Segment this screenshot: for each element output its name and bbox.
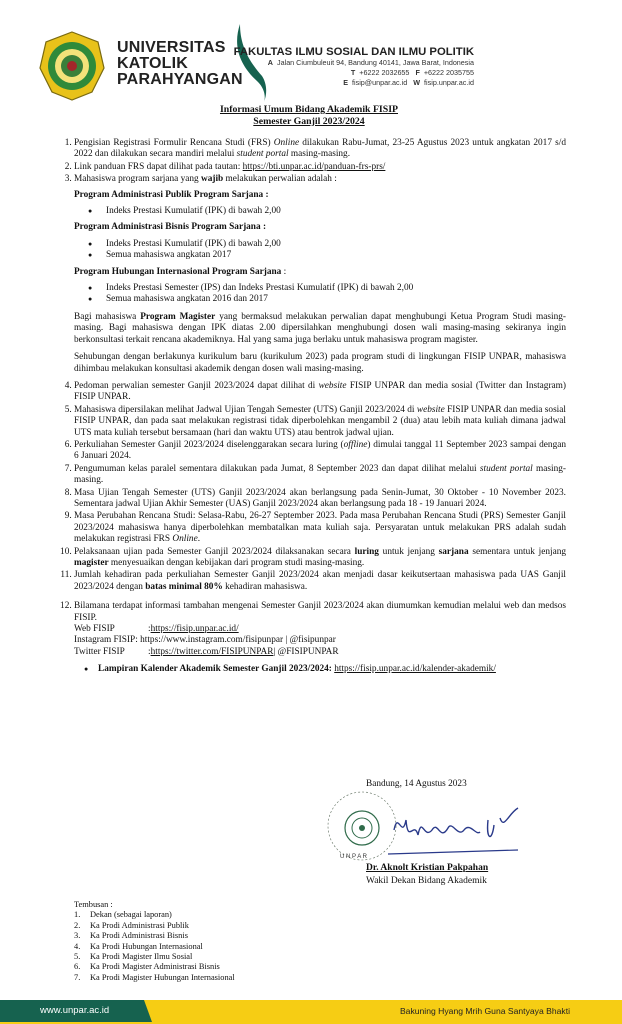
university-line: KATOLIK xyxy=(117,56,243,72)
cc-item-number: 7. xyxy=(74,973,90,983)
program-requirements: Program Administrasi Publik Program Sarj… xyxy=(74,190,566,375)
place-date: Bandung, 14 Agustus 2023 xyxy=(366,778,467,790)
program-title: Program Administrasi Bisnis Program Sarj… xyxy=(74,222,566,233)
text: Pengumuman kelas paralel sementara dilak… xyxy=(74,464,480,474)
document-body: Informasi Umum Bidang Akademik FISIP Sem… xyxy=(52,104,566,677)
university-name: UNIVERSITAS KATOLIK PARAHYANGAN xyxy=(117,40,243,88)
text: Program Hubungan Internasional Program S… xyxy=(74,267,281,277)
list-item: Pedoman perwalian semester Ganjil 2023/2… xyxy=(74,381,566,404)
cc-item-number: 4. xyxy=(74,942,90,952)
text: Online xyxy=(274,138,299,148)
magister-paragraph: Bagi mahasiswa Program Magister yang ber… xyxy=(74,312,566,346)
cc-item-label: Ka Prodi Magister Ilmu Sosial xyxy=(90,952,192,961)
phone-label: T xyxy=(351,68,355,77)
bullet-item: Semua mahasiswa angkatan 2017 xyxy=(94,250,566,261)
title-line-1: Informasi Umum Bidang Akademik FISIP xyxy=(52,104,566,116)
curriculum-paragraph: Sehubungan dengan berlakunya kurikulum b… xyxy=(74,352,566,375)
list-item: Pengumuman kelas paralel sementara dilak… xyxy=(74,464,566,487)
phone-line: T +6222 2032655 F +6222 2035755 xyxy=(234,68,474,78)
university-line: UNIVERSITAS xyxy=(117,40,243,56)
cc-list: Tembusan : 1.Dekan (sebagai laporan)2.Ka… xyxy=(74,900,235,983)
bullet-item: Indeks Prestasi Kumulatif (IPK) di bawah… xyxy=(94,239,566,250)
list-item: Mahasiswa program sarjana yang wajib mel… xyxy=(74,174,566,375)
twitter-row: Twitter FISIP: https://twitter.com/FISIP… xyxy=(74,647,566,658)
calendar-link[interactable]: https://fisip.unpar.ac.id/kalender-akade… xyxy=(334,664,496,674)
address-label: A xyxy=(268,58,273,67)
cc-item: 3.Ka Prodi Administrasi Bisnis xyxy=(74,931,235,941)
program-title: Program Hubungan Internasional Program S… xyxy=(74,267,566,278)
website[interactable]: fisip.unpar.ac.id xyxy=(424,78,474,87)
text: : xyxy=(281,267,286,277)
bullet-item: Indeks Prestasi Semester (IPS) dan Indek… xyxy=(94,283,566,294)
cc-item-label: Ka Prodi Magister Hubungan Internasional xyxy=(90,973,235,982)
text: student portal xyxy=(237,149,289,159)
signer-block: Dr. Aknolt Kristian Pakpahan Wakil Dekan… xyxy=(366,862,488,888)
text: Masa Perubahan Rencana Studi: Selasa-Rab… xyxy=(74,511,566,544)
text: wajib xyxy=(201,174,223,184)
text: Bagi mahasiswa xyxy=(74,312,140,322)
list-item: Link panduan FRS dapat dilihat pada taut… xyxy=(74,162,566,173)
text: offline xyxy=(344,440,368,450)
instagram-text: : https://www.instagram.com/fisipunpar |… xyxy=(135,635,336,646)
list-item: Pelaksanaan ujian pada Semester Ganjil 2… xyxy=(74,547,566,570)
cc-item: 5.Ka Prodi Magister Ilmu Sosial xyxy=(74,952,235,962)
text: Masa Ujian Tengah Semester (UTS) Ganjil … xyxy=(74,488,566,509)
text: . xyxy=(198,534,200,544)
text: website xyxy=(319,381,347,391)
cc-item: 4.Ka Prodi Hubungan Internasional xyxy=(74,942,235,952)
university-line: PARAHYANGAN xyxy=(117,72,243,88)
text: Pengisian Registrasi Formulir Rencana St… xyxy=(74,138,274,148)
link-label: Twitter FISIP xyxy=(74,647,148,658)
cc-item-label: Dekan (sebagai laporan) xyxy=(90,910,172,919)
cc-item-label: Ka Prodi Magister Administrasi Bisnis xyxy=(90,962,220,971)
cc-item-number: 3. xyxy=(74,931,90,941)
email-label: E xyxy=(343,78,348,87)
text: sementara untuk jenjang xyxy=(469,547,566,557)
text: untuk jenjang xyxy=(379,547,439,557)
text: sarjana xyxy=(439,547,469,557)
calendar-attachment: Lampiran Kalender Akademik Semester Ganj… xyxy=(84,664,566,675)
text: Mahasiswa program sarjana yang xyxy=(74,174,201,184)
cc-item-label: Ka Prodi Administrasi Bisnis xyxy=(90,931,188,940)
signer-name: Dr. Aknolt Kristian Pakpahan xyxy=(366,862,488,875)
text: Link panduan FRS dapat dilihat pada taut… xyxy=(74,162,243,172)
cc-item: 6.Ka Prodi Magister Administrasi Bisnis xyxy=(74,962,235,972)
instagram-row: Instagram FISIP: https://www.instagram.c… xyxy=(74,635,566,646)
text: melakukan perwalian adalah : xyxy=(223,174,337,184)
footer-bar: www.unpar.ac.id Bakuning Hyang Mrih Guna… xyxy=(0,1000,622,1024)
cc-item-number: 6. xyxy=(74,962,90,972)
text: luring xyxy=(355,547,379,557)
signer-role: Wakil Dekan Bidang Akademik xyxy=(366,875,488,888)
program-bullets: Indeks Prestasi Kumulatif (IPK) di bawah… xyxy=(74,239,566,262)
cc-item-label: Ka Prodi Administrasi Publik xyxy=(90,921,189,930)
link-label: Web FISIP xyxy=(74,624,148,635)
faculty-title: FAKULTAS ILMU SOSIAL DAN ILMU POLITIK xyxy=(234,46,474,58)
program-title: Program Administrasi Publik Program Sarj… xyxy=(74,190,566,201)
email[interactable]: fisip@unpar.ac.id xyxy=(352,78,407,87)
text: Perkuliahan Semester Ganjil 2023/2024 di… xyxy=(74,440,344,450)
footer-motto: Bakuning Hyang Mrih Guna Santyaya Bhakti xyxy=(400,1000,570,1022)
web-label: W xyxy=(413,78,420,87)
signature-icon xyxy=(388,800,528,860)
phone: +6222 2032655 xyxy=(359,68,409,77)
text: Lampiran Kalender Akademik Semester Ganj… xyxy=(98,664,334,674)
list-item: Perkuliahan Semester Ganjil 2023/2024 di… xyxy=(74,440,566,463)
bullet-item: Semua mahasiswa angkatan 2016 dan 2017 xyxy=(94,294,566,305)
bullet-item: Indeks Prestasi Kumulatif (IPK) di bawah… xyxy=(94,206,566,217)
twitter-link[interactable]: https://twitter.com/FISIPUNPAR xyxy=(151,647,274,658)
program-bullets: Indeks Prestasi Semester (IPS) dan Indek… xyxy=(74,283,566,306)
info-list: Pengisian Registrasi Formulir Rencana St… xyxy=(52,138,566,676)
web-link-row: Web FISIP: https://fisip.unpar.ac.id/ xyxy=(74,624,566,635)
text: student portal xyxy=(480,464,533,474)
text: Pedoman perwalian semester Ganjil 2023/2… xyxy=(74,381,319,391)
address-line: A Jalan Ciumbuleuit 94, Bandung 40141, J… xyxy=(234,58,474,68)
text: kehadiran mahasiswa. xyxy=(223,582,307,592)
cc-item-number: 2. xyxy=(74,921,90,931)
address: Jalan Ciumbuleuit 94, Bandung 40141, Jaw… xyxy=(277,58,474,67)
frs-guide-link[interactable]: https://bti.unpar.ac.id/panduan-frs-prs/ xyxy=(243,162,386,172)
text: masing-masing. xyxy=(289,149,350,159)
cc-item: 7.Ka Prodi Magister Hubungan Internasion… xyxy=(74,973,235,983)
document-title: Informasi Umum Bidang Akademik FISIP Sem… xyxy=(52,104,566,128)
cc-item-number: 1. xyxy=(74,910,90,920)
title-line-2: Semester Ganjil 2023/2024 xyxy=(52,116,566,128)
cc-items: 1.Dekan (sebagai laporan)2.Ka Prodi Admi… xyxy=(74,910,235,983)
text: magister xyxy=(74,558,109,568)
list-item: Masa Perubahan Rencana Studi: Selasa-Rab… xyxy=(74,511,566,545)
list-item: Mahasiswa dipersilakan melihat Jadwal Uj… xyxy=(74,405,566,439)
web-fisip-link[interactable]: https://fisip.unpar.ac.id/ xyxy=(151,624,239,635)
unpar-seal-icon xyxy=(36,30,108,102)
fax-label: F xyxy=(415,68,419,77)
footer-website[interactable]: www.unpar.ac.id xyxy=(0,1000,140,1022)
cc-item-number: 5. xyxy=(74,952,90,962)
list-item: Bilamana terdapat informasi tambahan men… xyxy=(74,601,566,675)
letterhead: UNIVERSITAS KATOLIK PARAHYANGAN FAKULTAS… xyxy=(0,0,622,100)
text: menyesuaikan dengan kebijakan dari progr… xyxy=(109,558,365,568)
cc-item-label: Ka Prodi Hubungan Internasional xyxy=(90,942,203,951)
list-item: Masa Ujian Tengah Semester (UTS) Ganjil … xyxy=(74,488,566,511)
cc-item: 1.Dekan (sebagai laporan) xyxy=(74,910,235,920)
text: Pelaksanaan ujian pada Semester Ganjil 2… xyxy=(74,547,355,557)
cc-item: 2.Ka Prodi Administrasi Publik xyxy=(74,921,235,931)
text: website xyxy=(417,405,445,415)
text: Program Magister xyxy=(140,312,215,322)
contact-line: E fisip@unpar.ac.id W fisip.unpar.ac.id xyxy=(234,78,474,88)
text: Bilamana terdapat informasi tambahan men… xyxy=(74,601,566,622)
link-label: Instagram FISIP xyxy=(74,635,135,646)
cc-title: Tembusan : xyxy=(74,900,235,910)
faculty-block: FAKULTAS ILMU SOSIAL DAN ILMU POLITIK A … xyxy=(234,46,474,88)
text: | @FISIPUNPAR xyxy=(273,647,338,658)
list-item: Pengisian Registrasi Formulir Rencana St… xyxy=(74,138,566,161)
fax: +6222 2035755 xyxy=(424,68,474,77)
text: batas minimal 80% xyxy=(145,582,222,592)
program-bullets: Indeks Prestasi Kumulatif (IPK) di bawah… xyxy=(74,206,566,217)
list-item: Jumlah kehadiran pada perkuliahan Semest… xyxy=(74,570,566,593)
text: Online xyxy=(172,534,197,544)
svg-text:U N P A R: U N P A R xyxy=(340,854,368,860)
text: Mahasiswa dipersilakan melihat Jadwal Uj… xyxy=(74,405,417,415)
